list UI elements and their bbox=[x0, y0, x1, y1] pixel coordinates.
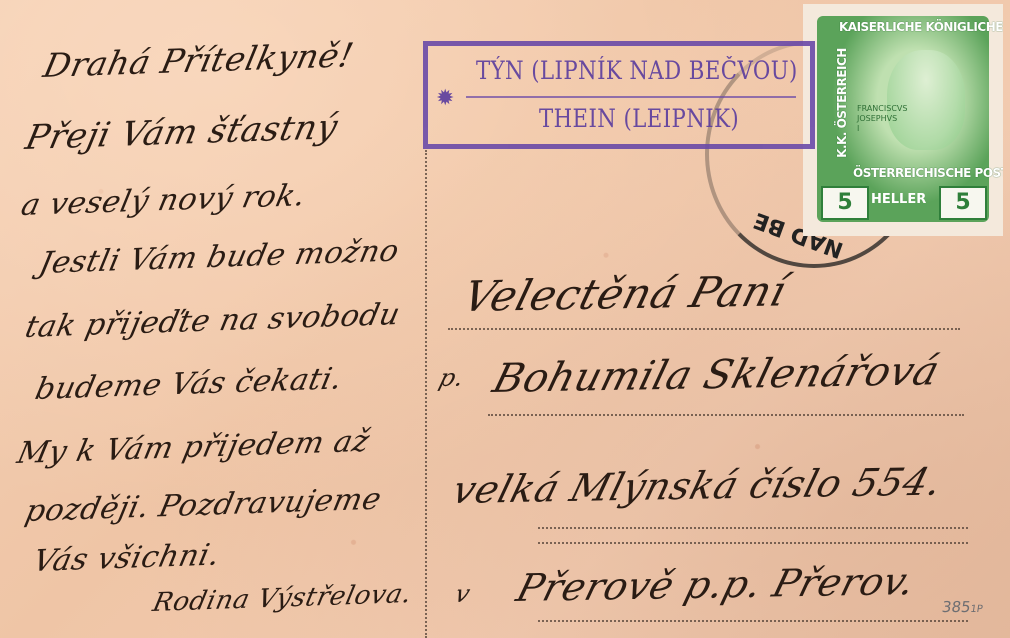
town-stamp-line2: THEIN (LEIPNIK) bbox=[539, 104, 739, 133]
signature: Rodina Výstřelova. bbox=[150, 579, 415, 618]
address-line bbox=[538, 542, 968, 544]
address-recipient-prefix: p. bbox=[436, 364, 468, 392]
message-line: budeme Vás čekati. bbox=[32, 361, 346, 407]
message-line: později. Pozdravujeme bbox=[22, 482, 385, 529]
message-line: tak přijeďte na svobodu bbox=[22, 297, 403, 345]
stamp-value-right: 5 bbox=[939, 186, 987, 220]
emperor-portrait-icon bbox=[887, 50, 965, 150]
address-line bbox=[538, 527, 968, 529]
stamp-top-text: KAISERLICHE KÖNIGLICHE bbox=[839, 20, 1003, 34]
address-line bbox=[538, 620, 968, 622]
message-line: Vás všichni. bbox=[30, 538, 223, 579]
star-icon: ✹ bbox=[436, 86, 454, 111]
stamp-left-text: K.K. ÖSTERREICH bbox=[835, 48, 849, 158]
stamp-value-left: 5 bbox=[821, 186, 869, 220]
message-line: a veselý nový rok. bbox=[18, 178, 309, 223]
address-line bbox=[448, 328, 960, 330]
address-salutation: Velectěná Paní bbox=[458, 266, 792, 321]
pencil-note: 3851P bbox=[941, 598, 985, 616]
address-line bbox=[488, 414, 964, 416]
address-street: velká Mlýnská číslo 554. bbox=[448, 460, 947, 512]
message-line: Přeji Vám šťastný bbox=[22, 107, 341, 158]
pencil-note-number: 385 bbox=[941, 598, 972, 616]
stamp-design: FRANCISCVS JOSEPHVS I KAISERLICHE KÖNIGL… bbox=[817, 16, 989, 222]
town-stamp-line1: TÝN (LIPNÍK NAD BEČVOU) bbox=[476, 56, 798, 85]
address-town: Přerově p.p. Přerov. bbox=[512, 559, 920, 610]
address-recipient: Bohumila Sklenářová bbox=[488, 348, 944, 402]
divider-line bbox=[425, 150, 427, 638]
town-stamp: TÝN (LIPNÍK NAD BEČVOU) ✹ THEIN (LEIPNIK… bbox=[423, 41, 815, 149]
pencil-note-suffix: 1P bbox=[970, 604, 984, 615]
portrait-caption: FRANCISCVS JOSEPHVS I bbox=[857, 104, 887, 134]
stamp-denomination: HELLER bbox=[871, 192, 926, 207]
town-stamp-rule bbox=[466, 96, 796, 98]
message-line: Jestli Vám bude možno bbox=[36, 234, 402, 281]
stamp-bottom-text: ÖSTERREICHISCHE POST bbox=[853, 166, 1008, 180]
address-town-prefix: v bbox=[452, 580, 474, 608]
message-line: Drahá Přítelkyně! bbox=[40, 35, 357, 85]
message-line: My k Vám přijedem až bbox=[14, 424, 373, 471]
postage-stamp: FRANCISCVS JOSEPHVS I KAISERLICHE KÖNIGL… bbox=[803, 4, 1003, 236]
postcard-back: Drahá Přítelkyně! Přeji Vám šťastný a ve… bbox=[0, 0, 1010, 638]
